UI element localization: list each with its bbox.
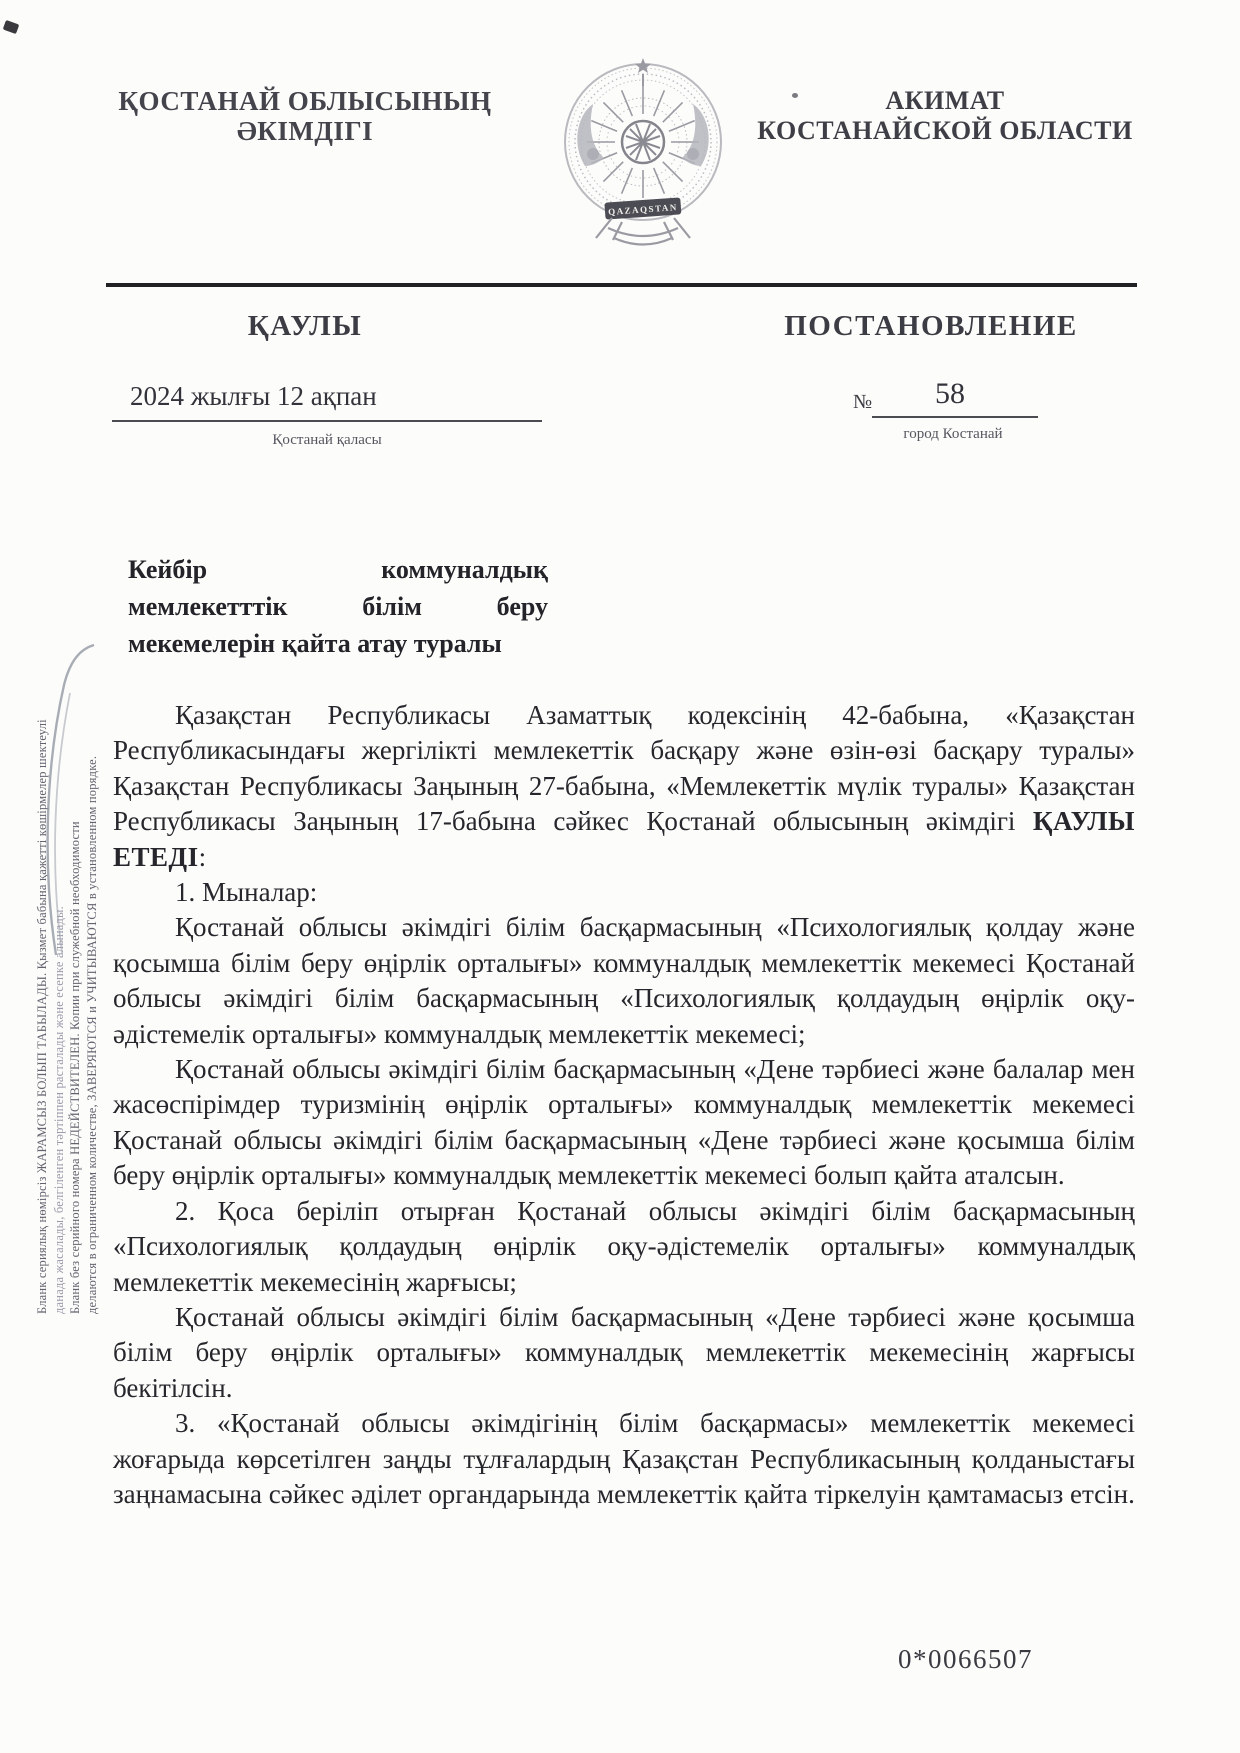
star	[635, 58, 651, 73]
header-divider-line	[106, 283, 1137, 287]
left-horse-head	[587, 148, 599, 160]
paragraph-item-3: 3. «Қостанай облысы әкімдігінің білім ба…	[113, 1406, 1135, 1512]
document-body: Қазақстан Республикасы Азаматтық кодексі…	[113, 698, 1135, 1512]
blank-serial-number: 0*0066507	[898, 1644, 1033, 1675]
doc-type-kazakh: ҚАУЛЫ	[95, 310, 515, 343]
document-title: Кейбір коммуналдық мемлекетттік білім бе…	[128, 551, 548, 662]
pen-stroke-mark	[38, 615, 108, 975]
issuer-name-kazakh: ҚОСТАНАЙ ОБЛЫСЫНЫҢ ӘКІМДІГІ	[95, 86, 515, 146]
issuer-kk-line1: ҚОСТАНАЙ ОБЛЫСЫНЫҢ	[95, 86, 515, 116]
date-underline	[112, 420, 542, 422]
issuer-ru-line2: КОСТАНАЙСКОЙ ОБЛАСТИ	[735, 116, 1155, 146]
document-number: 58	[880, 377, 1020, 411]
document-date: 2024 жылғы 12 ақпан	[130, 381, 377, 412]
issuer-kk-line2: ӘКІМДІГІ	[95, 116, 515, 146]
right-horse-head	[687, 148, 699, 160]
title-line-3: мекемелерін қайта атау туралы	[128, 625, 548, 662]
scan-artifact-top-left	[3, 20, 20, 34]
doc-type-russian: ПОСТАНОВЛЕНИЕ	[721, 310, 1141, 343]
preamble-text: Қазақстан Республикасы Азаматтық кодексі…	[113, 700, 1135, 836]
paragraph-preamble: Қазақстан Республикасы Азаматтық кодексі…	[113, 698, 1135, 875]
issuer-ru-line1: АКИМАТ	[735, 86, 1155, 116]
issuer-name-russian: АКИМАТ КОСТАНАЙСКОЙ ОБЛАСТИ	[735, 86, 1155, 146]
preamble-colon: :	[199, 842, 207, 872]
place-russian: город Костанай	[858, 426, 1048, 443]
number-sign: №	[853, 391, 872, 414]
scan-speck	[792, 93, 798, 98]
paragraph-rename-2: Қостанай облысы әкімдігі білім басқармас…	[113, 1052, 1135, 1194]
ribbon-tails	[596, 218, 690, 245]
paragraph-rename-1: Қостанай облысы әкімдігі білім басқармас…	[113, 910, 1135, 1052]
paragraph-item-2: 2. Қоса беріліп отырған Қостанай облысы …	[113, 1194, 1135, 1300]
title-line-2: мемлекетттік білім беру	[128, 588, 548, 625]
place-kazakh: Қостанай қаласы	[112, 432, 542, 449]
kazakhstan-coat-of-arms-icon: QAZAQSTAN	[560, 54, 726, 252]
paragraph-item-1: 1. Мыналар:	[113, 875, 1135, 910]
paragraph-charter: Қостанай облысы әкімдігі білім басқармас…	[113, 1300, 1135, 1406]
title-line-1: Кейбір коммуналдық	[128, 551, 548, 588]
document-page: ҚОСТАНАЙ ОБЛЫСЫНЫҢ ӘКІМДІГІ QAZAQSTAN АК…	[0, 0, 1240, 1753]
number-underline	[872, 416, 1038, 418]
